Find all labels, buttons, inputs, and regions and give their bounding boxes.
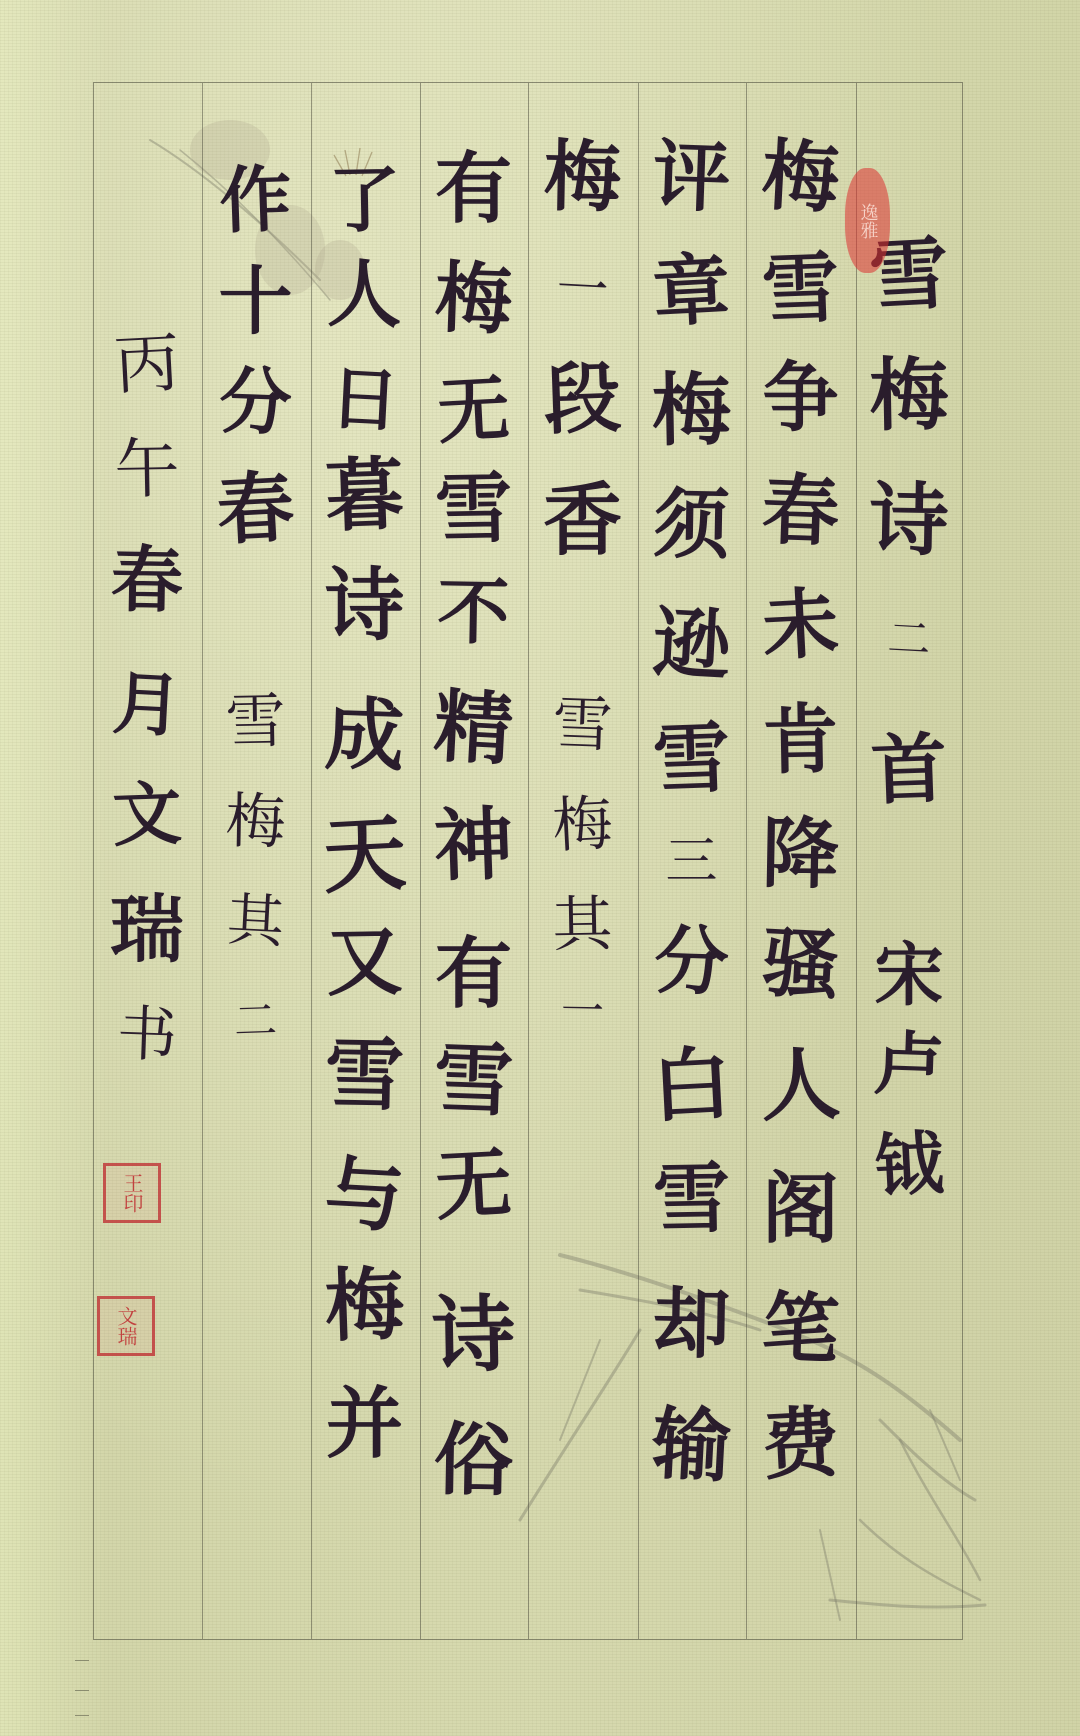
text-column-5: 有梅无雪不精神有雪无诗俗: [419, 0, 528, 1736]
calligraphy-character: 了: [309, 163, 419, 237]
calligraphy-character: 争: [746, 360, 855, 436]
calligraphy-character: 章: [635, 251, 748, 334]
calligraphy-character: 段: [527, 360, 639, 441]
calligraphy-character: 梅: [636, 370, 746, 451]
calligraphy-character: 二: [854, 616, 964, 665]
calligraphy-character: 降: [745, 816, 855, 895]
calligraphy-character: 无: [417, 1144, 530, 1226]
calligraphy-character: 须: [636, 486, 746, 564]
calligraphy-character: 肯: [745, 701, 855, 779]
calligraphy-character: 春: [745, 472, 857, 553]
ruler-ticks: [75, 1650, 95, 1736]
calligraphy-character: 春: [199, 469, 312, 552]
calligraphy-character: 雪: [418, 471, 528, 550]
calligraphy-character: 香: [528, 481, 637, 560]
calligraphy-character: 其: [200, 891, 312, 954]
calligraphy-character: 首: [854, 730, 965, 810]
calligraphy-character: 骚: [744, 924, 857, 1007]
calligraphy-character: 雪: [636, 1161, 746, 1240]
calligraphy-character: 午: [92, 437, 201, 504]
calligraphy-character: 神: [418, 804, 530, 887]
calligraphy-character: 天: [308, 811, 421, 900]
name-seal: 王印: [103, 1163, 161, 1223]
calligraphy-character: 梅: [744, 137, 857, 220]
calligraphy-character: 春: [92, 543, 201, 617]
calligraphy-character: 俗: [418, 1420, 528, 1501]
calligraphy-character: 梅: [527, 792, 639, 858]
calligraphy-character: 暮: [309, 454, 421, 537]
calligraphy-character: 雪: [418, 1039, 530, 1122]
text-column-7: 作十分春雪梅其二: [201, 0, 310, 1736]
calligraphy-character: 人: [309, 257, 419, 333]
calligraphy-character: 评: [636, 138, 748, 219]
calligraphy-character: 分: [636, 923, 748, 1001]
calligraphy-character: 瑞: [93, 893, 201, 967]
text-column-2: 梅雪争春未肯降骚人阁笔费: [746, 0, 855, 1736]
calligraphy-character: 输: [635, 1403, 748, 1488]
calligraphy-character: 梅: [854, 355, 963, 436]
calligraphy-character: 梅: [527, 139, 637, 218]
calligraphy-character: 不: [418, 575, 528, 649]
calligraphy-character: 雪: [636, 720, 748, 801]
calligraphy-character: 其: [527, 894, 637, 956]
calligraphy-character: 二: [200, 999, 310, 1046]
calligraphy-character: 精: [417, 686, 530, 771]
text-column-3: 评章梅须逊雪三分白雪却输: [637, 0, 746, 1736]
calligraphy-character: 费: [744, 1404, 857, 1487]
calligraphy-character: 梅: [309, 1264, 421, 1347]
calligraphy-character: 白: [635, 1043, 748, 1128]
calligraphy-character: 阁: [746, 1172, 855, 1249]
calligraphy-character: 有: [419, 937, 528, 1014]
text-column-4: 梅一段香雪梅其一: [528, 0, 637, 1736]
calligraphy-character: 钺: [853, 1128, 964, 1203]
calligraphy-character: 雪: [745, 250, 857, 331]
style-seal: 文瑞: [97, 1296, 155, 1356]
calligraphy-character: 人: [745, 1044, 857, 1127]
calligraphy-character: 一: [527, 261, 639, 319]
text-column-8: 丙午春月文瑞书: [93, 0, 201, 1736]
calligraphy-character: 一: [528, 990, 638, 1035]
calligraphy-character: 梅: [418, 260, 530, 341]
calligraphy-character: 诗: [418, 1293, 528, 1378]
calligraphy-character: 作: [200, 162, 311, 238]
calligraphy-character: 与: [308, 1153, 421, 1238]
calligraphy-character: 雪: [309, 1035, 419, 1116]
text-column-6: 了人日暮诗成天又雪与梅并: [310, 0, 419, 1736]
calligraphy-character: 诗: [854, 480, 963, 561]
calligraphy-character: 并: [310, 1387, 419, 1464]
calligraphy-character: 又: [309, 923, 419, 1001]
calligraphy-character: 笔: [745, 1290, 857, 1371]
calligraphy-character: 十: [201, 265, 310, 339]
calligraphy-character: 雪: [200, 691, 310, 753]
calligraphy-character: 有: [419, 152, 528, 229]
calligraphy-character: 未: [744, 584, 857, 666]
calligraphy-character: 书: [92, 1003, 202, 1067]
calligraphy-character: 丙: [91, 330, 202, 401]
calligraphy-character: 无: [417, 371, 530, 449]
leading-seal: 逸雅: [845, 168, 890, 273]
calligraphy-character: 日: [308, 363, 420, 438]
calligraphy-character: 月: [91, 668, 202, 743]
calligraphy-character: 诗: [310, 566, 419, 645]
calligraphy-character: 成: [309, 694, 421, 777]
calligraphy-character: 文: [92, 779, 202, 852]
calligraphy-character: 梅: [200, 791, 310, 853]
calligraphy-character: 分: [200, 364, 311, 440]
calligraphy-character: 三: [637, 836, 746, 888]
calligraphy-character: 雪: [527, 693, 638, 757]
calligraphy-character: 宋: [855, 941, 963, 1010]
calligraphy-character: 卢: [854, 1029, 964, 1102]
calligraphy-character: 却: [636, 1286, 746, 1365]
calligraphy-character: 逊: [635, 604, 748, 687]
